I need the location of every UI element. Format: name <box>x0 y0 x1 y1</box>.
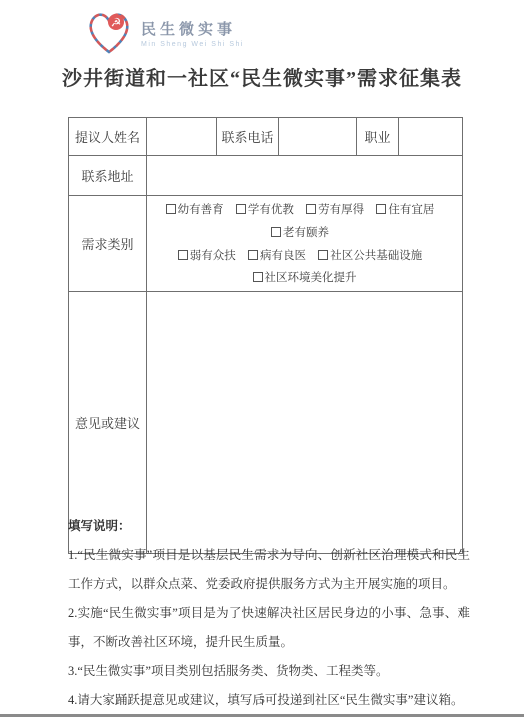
checkbox-icon[interactable] <box>306 204 316 214</box>
table-row-proposer: 提议人姓名 联系电话 职业 <box>69 118 463 156</box>
checkbox-icon[interactable] <box>376 204 386 214</box>
address-field[interactable] <box>147 156 463 196</box>
document-page: ☭ 民生微实事 Min Sheng Wei Shi Shi 沙井街道和一社区“民… <box>0 0 524 717</box>
category-options-cell: 幼有善育 学有优教 劳有厚得 住有宜居 老有颐养 弱有众扶 病有良医 社区公共基… <box>147 196 463 292</box>
minsheng-logo: ☭ 民生微实事 Min Sheng Wei Shi Shi <box>84 8 244 58</box>
page-title: 沙井街道和一社区“民生微实事”需求征集表 <box>0 62 524 91</box>
checkbox-option[interactable]: 病有良医 <box>248 246 306 266</box>
proposer-name-field[interactable] <box>147 118 217 156</box>
category-label: 需求类别 <box>69 196 147 292</box>
filling-instructions: 填写说明： 1.“民生微实事”项目是以基层民生需求为导向、创新社区治理模式和民生… <box>68 512 470 715</box>
checkbox-icon[interactable] <box>253 272 263 282</box>
table-row-category: 需求类别 幼有善育 学有优教 劳有厚得 住有宜居 老有颐养 弱有众扶 病有良医 … <box>69 196 463 292</box>
heart-of-people-icon: ☭ <box>84 8 134 58</box>
checkbox-option[interactable]: 社区环境美化提升 <box>253 268 357 288</box>
brand-text-block: 民生微实事 Min Sheng Wei Shi Shi <box>141 18 244 48</box>
instruction-item: 1.“民生微实事”项目是以基层民生需求为导向、创新社区治理模式和民生工作方式，以… <box>68 541 470 599</box>
checkbox-option[interactable]: 学有优教 <box>236 200 294 220</box>
instruction-item: 3.“民生微实事”项目类别包括服务类、货物类、工程类等。 <box>68 657 470 686</box>
instruction-item: 2.实施“民生微实事”项目是为了快速解决社区居民身边的小事、急事、难事，不断改善… <box>68 599 470 657</box>
checkbox-icon[interactable] <box>236 204 246 214</box>
checkbox-icon[interactable] <box>166 204 176 214</box>
proposer-name-label: 提议人姓名 <box>69 118 147 156</box>
checkbox-option[interactable]: 劳有厚得 <box>306 200 364 220</box>
checkbox-option[interactable]: 老有颐养 <box>271 223 329 243</box>
checkbox-option[interactable]: 幼有善育 <box>166 200 224 220</box>
occupation-field[interactable] <box>399 118 463 156</box>
demand-collection-form: 提议人姓名 联系电话 职业 联系地址 需求类别 幼有善育 学有优教 劳有厚得 住… <box>68 117 463 554</box>
svg-text:☭: ☭ <box>111 16 122 30</box>
checkbox-option[interactable]: 社区公共基础设施 <box>318 246 422 266</box>
checkbox-icon[interactable] <box>318 250 328 260</box>
table-row-address: 联系地址 <box>69 156 463 196</box>
page-number: 5 <box>0 694 524 706</box>
checkbox-option[interactable]: 弱有众扶 <box>178 246 236 266</box>
checkbox-icon[interactable] <box>271 227 281 237</box>
checkbox-icon[interactable] <box>248 250 258 260</box>
brand-pinyin: Min Sheng Wei Shi Shi <box>141 41 244 48</box>
instructions-heading: 填写说明： <box>68 512 470 541</box>
phone-field[interactable] <box>279 118 357 156</box>
address-label: 联系地址 <box>69 156 147 196</box>
checkbox-option[interactable]: 住有宜居 <box>376 200 434 220</box>
brand-name: 民生微实事 <box>141 18 244 39</box>
occupation-label: 职业 <box>357 118 399 156</box>
phone-label: 联系电话 <box>217 118 279 156</box>
checkbox-icon[interactable] <box>178 250 188 260</box>
